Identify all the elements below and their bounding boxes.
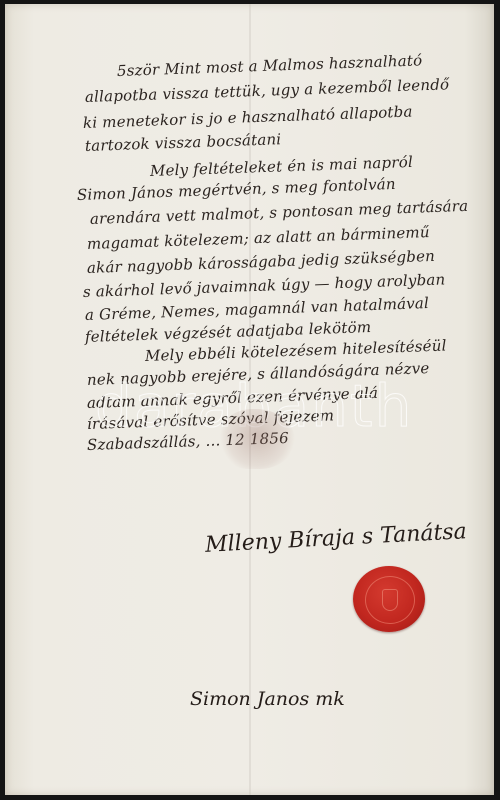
document-page: 5ször Mint most a Malmos hasznalható all… bbox=[5, 4, 494, 795]
signature-council: Mlleny Bíraja s Tanátsa bbox=[205, 519, 468, 558]
text-line-2: allapotba vissza tettük, ugy a kezemből … bbox=[85, 75, 450, 106]
text-line-1: 5ször Mint most a Malmos hasznalható bbox=[117, 51, 423, 80]
wax-seal bbox=[353, 566, 425, 632]
text-line-3: ki menetekor is jo e hasznalható allapot… bbox=[83, 102, 413, 131]
seal-emblem-icon bbox=[365, 576, 415, 624]
text-line-6: Simon János megértvén, s meg fontolván bbox=[77, 175, 396, 204]
text-line-4: tartozok vissza bocsátani bbox=[85, 130, 282, 155]
signature-simon-janos: Simon Janos mk bbox=[190, 688, 345, 710]
paper-stain bbox=[220, 409, 295, 469]
